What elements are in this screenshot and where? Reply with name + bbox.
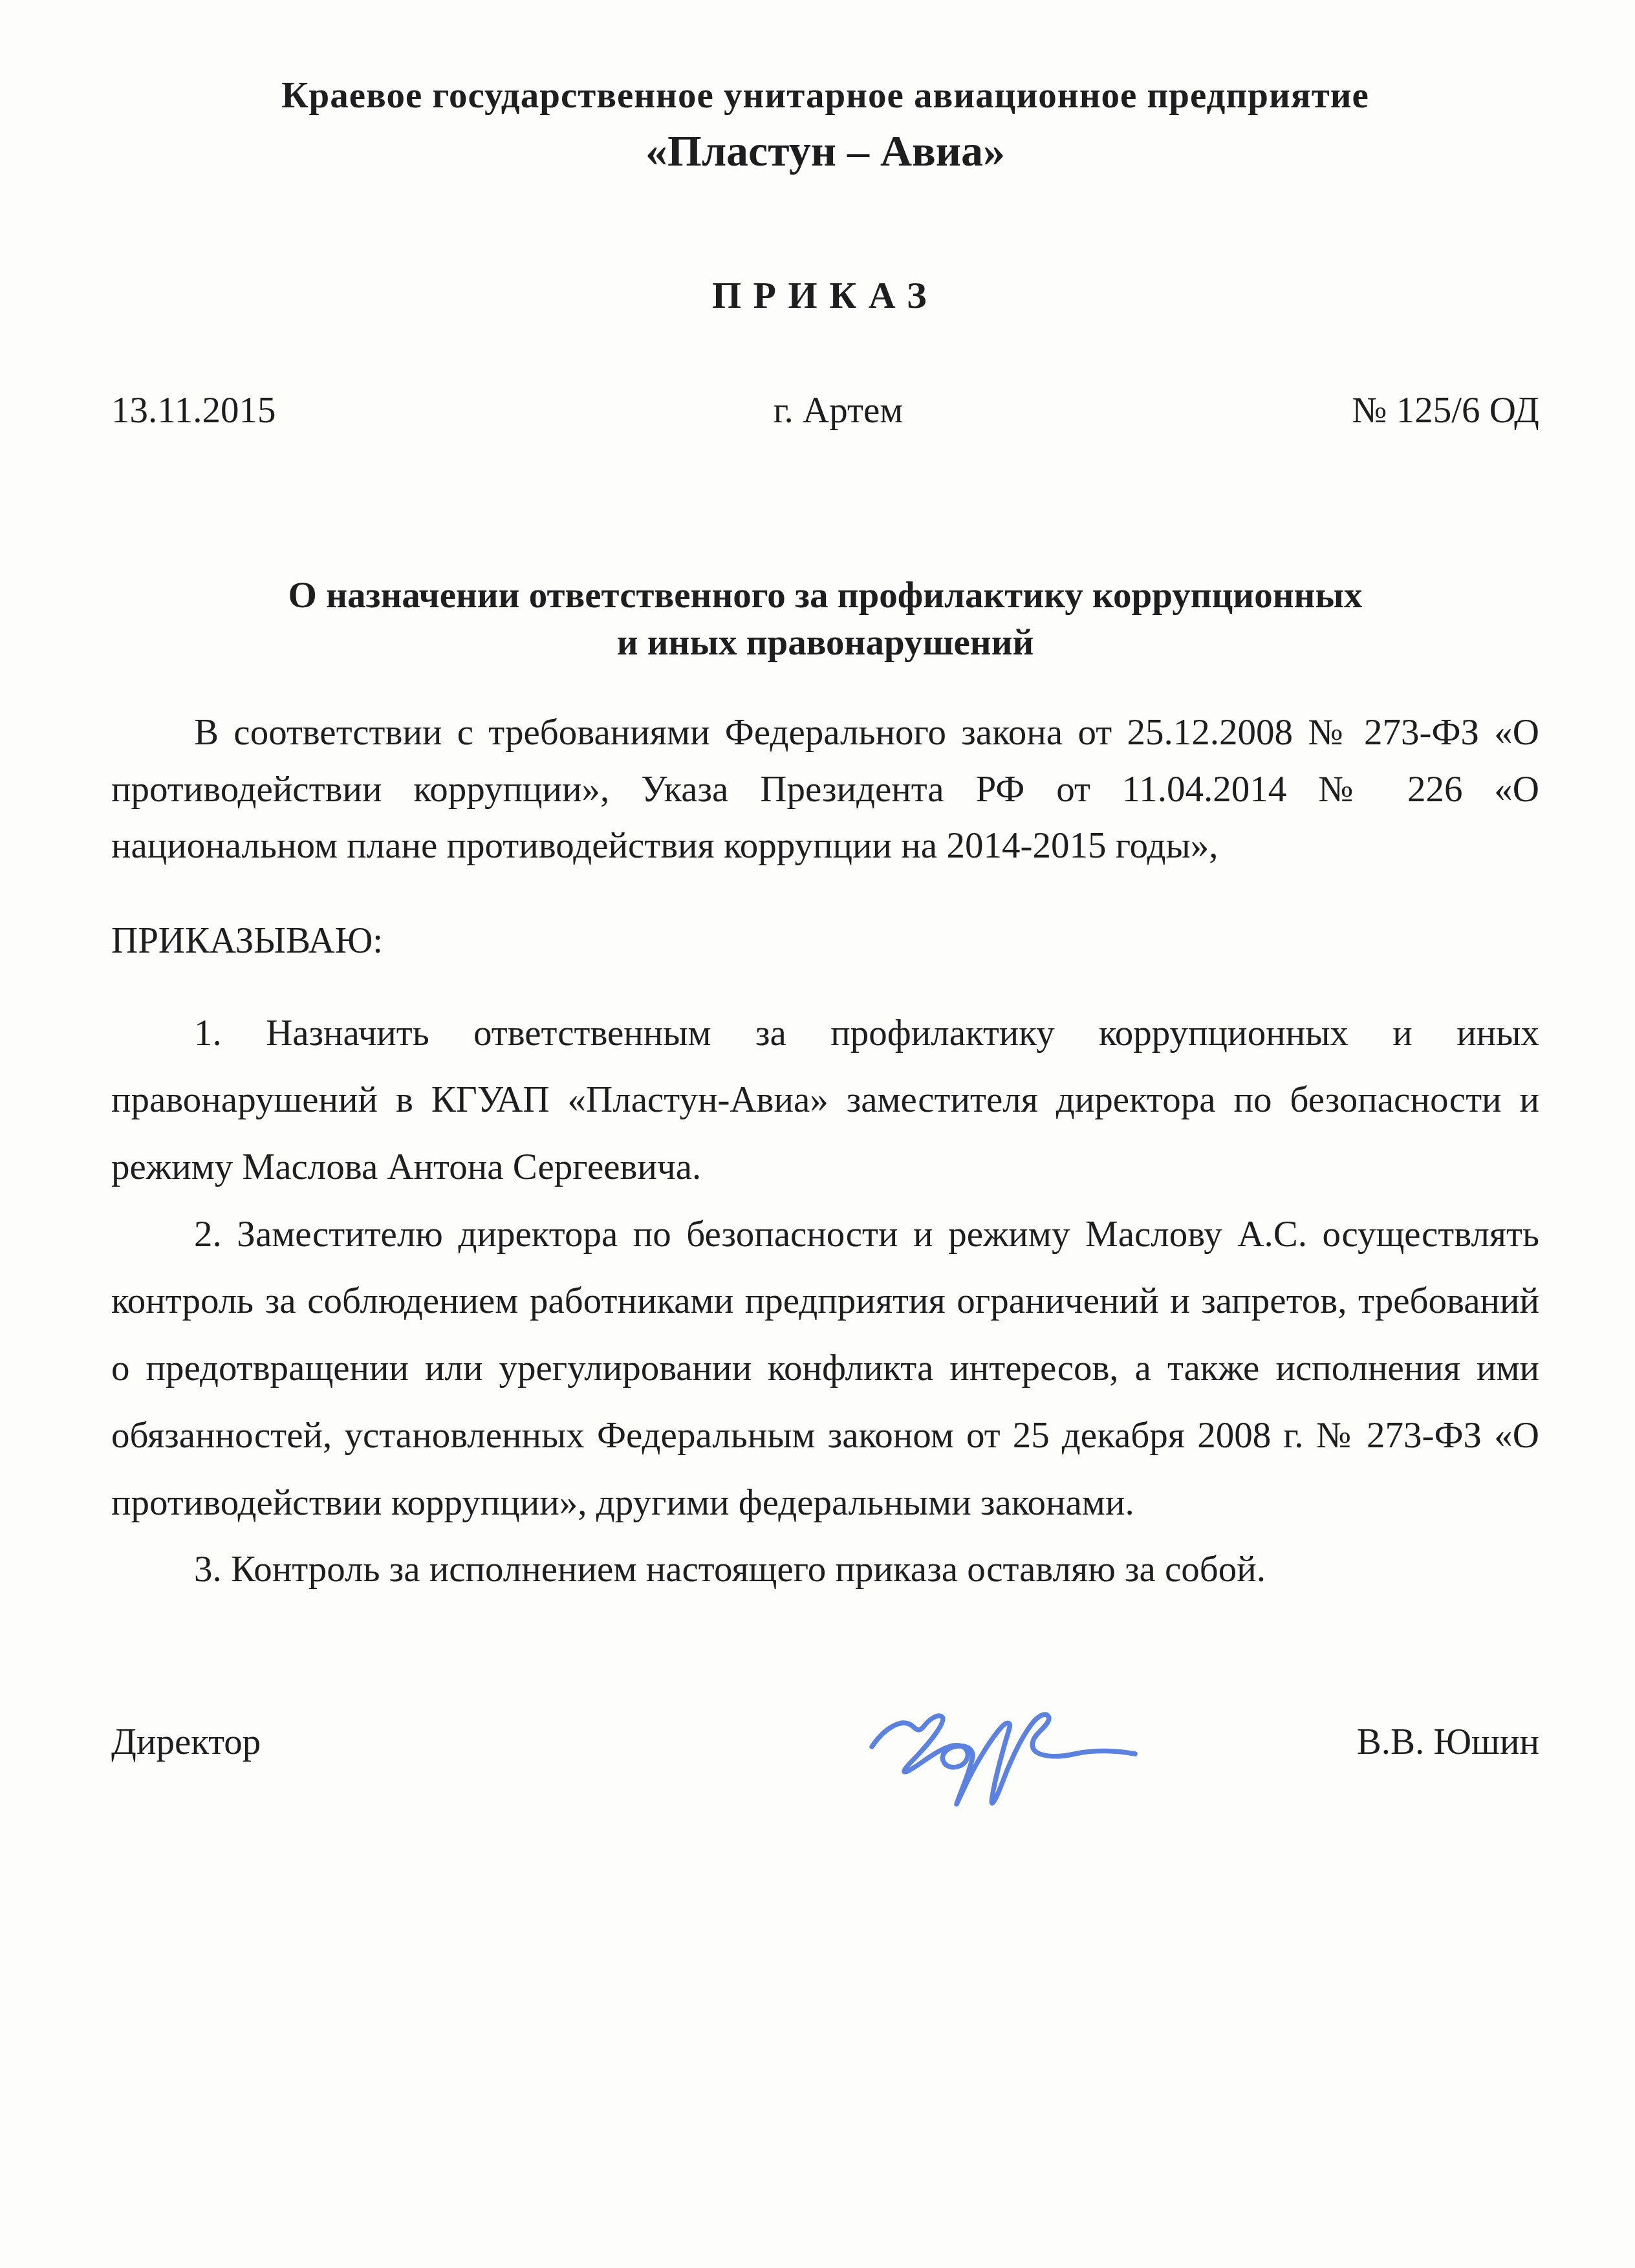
preamble-paragraph: В соответствии с требованиями Федерально… bbox=[111, 704, 1539, 874]
document-date: 13.11.2015 bbox=[111, 389, 761, 431]
order-item-1: 1. Назначить ответственным за профилакти… bbox=[111, 1000, 1539, 1201]
handwritten-signature-ink bbox=[841, 1648, 1164, 1875]
signature-stroke bbox=[872, 1714, 1135, 1804]
order-item-3: 3. Контроль за исполнением настоящего пр… bbox=[111, 1536, 1539, 1603]
organization-name-line2: «Пластун – Авиа» bbox=[111, 125, 1539, 178]
resolution-word: ПРИКАЗЫВАЮ: bbox=[111, 913, 1539, 969]
document-type-heading: ПРИКАЗ bbox=[111, 274, 1539, 317]
document-title: О назначении ответственного за профилакт… bbox=[111, 572, 1539, 667]
document-title-line2: и иных правонарушений bbox=[111, 620, 1539, 667]
document-meta-row: 13.11.2015 г. Артем № 125/6 ОД bbox=[111, 389, 1539, 431]
order-item-2: 2. Заместителю директора по безопасности… bbox=[111, 1201, 1539, 1537]
signer-position-label: Директор bbox=[111, 1721, 261, 1763]
document-place: г. Артем bbox=[774, 389, 904, 431]
document-page: Краевое государственное унитарное авиаци… bbox=[0, 0, 1635, 2268]
organization-name-line1: Краевое государственное унитарное авиаци… bbox=[111, 72, 1539, 118]
signature-block: Директор В.В. Юшин bbox=[111, 1721, 1539, 1763]
document-number: № 125/6 ОД bbox=[890, 389, 1539, 431]
signer-name: В.В. Юшин bbox=[1357, 1721, 1539, 1763]
document-title-line1: О назначении ответственного за профилакт… bbox=[111, 572, 1539, 620]
